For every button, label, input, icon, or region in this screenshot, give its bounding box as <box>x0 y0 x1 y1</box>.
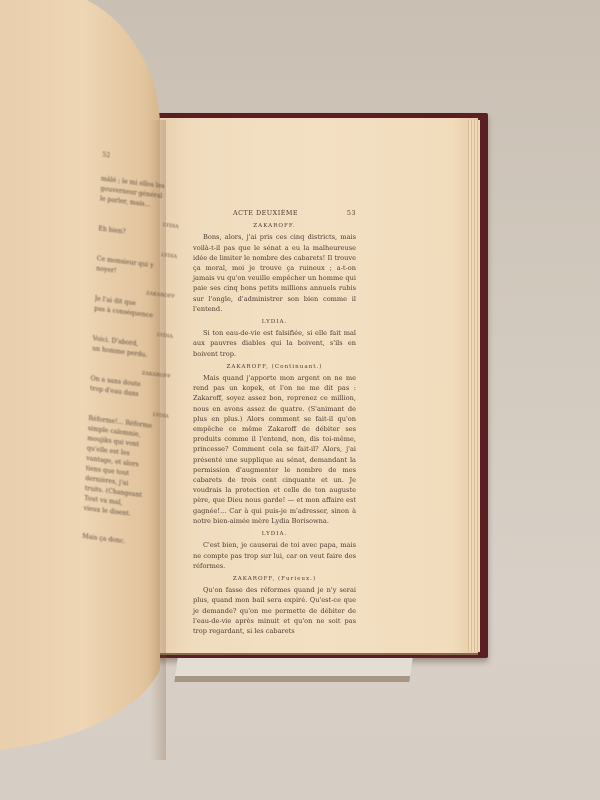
speaker-name: ZAKAROFF. <box>193 221 356 231</box>
dialogue-paragraph: Mais quand j'apporte mon argent on ne me… <box>193 373 356 526</box>
running-header: ACTE DEUXIÈME 53 <box>193 208 356 218</box>
page-number: 53 <box>347 208 356 218</box>
photo-scene: ACTE DEUXIÈME 53 ZAKAROFF. Bons, alors, … <box>0 0 600 800</box>
running-head: ACTE DEUXIÈME <box>233 208 298 218</box>
speaker-name: LYDIA. <box>193 317 356 327</box>
speaker-name: ZAKAROFF, (Furieux.) <box>193 574 356 584</box>
dialogue-paragraph: C'est bien, je causerai de toi avec papa… <box>193 540 356 571</box>
paper-slip <box>174 658 412 682</box>
dialogue-paragraph: Si ton eau-de-vie est falsifiée, si elle… <box>193 328 356 359</box>
page-edges <box>468 120 480 652</box>
dialogue-paragraph: Qu'on fasse des réformes quand je n'y se… <box>193 585 356 636</box>
speaker-name: ZAKAROFF, (Continuant.) <box>193 362 356 372</box>
dialogue-paragraph: Bons, alors, j'ai pris ces cinq district… <box>193 232 356 314</box>
right-page-text: ACTE DEUXIÈME 53 ZAKAROFF. Bons, alors, … <box>193 208 356 636</box>
speaker-name: LYDIA. <box>193 529 356 539</box>
